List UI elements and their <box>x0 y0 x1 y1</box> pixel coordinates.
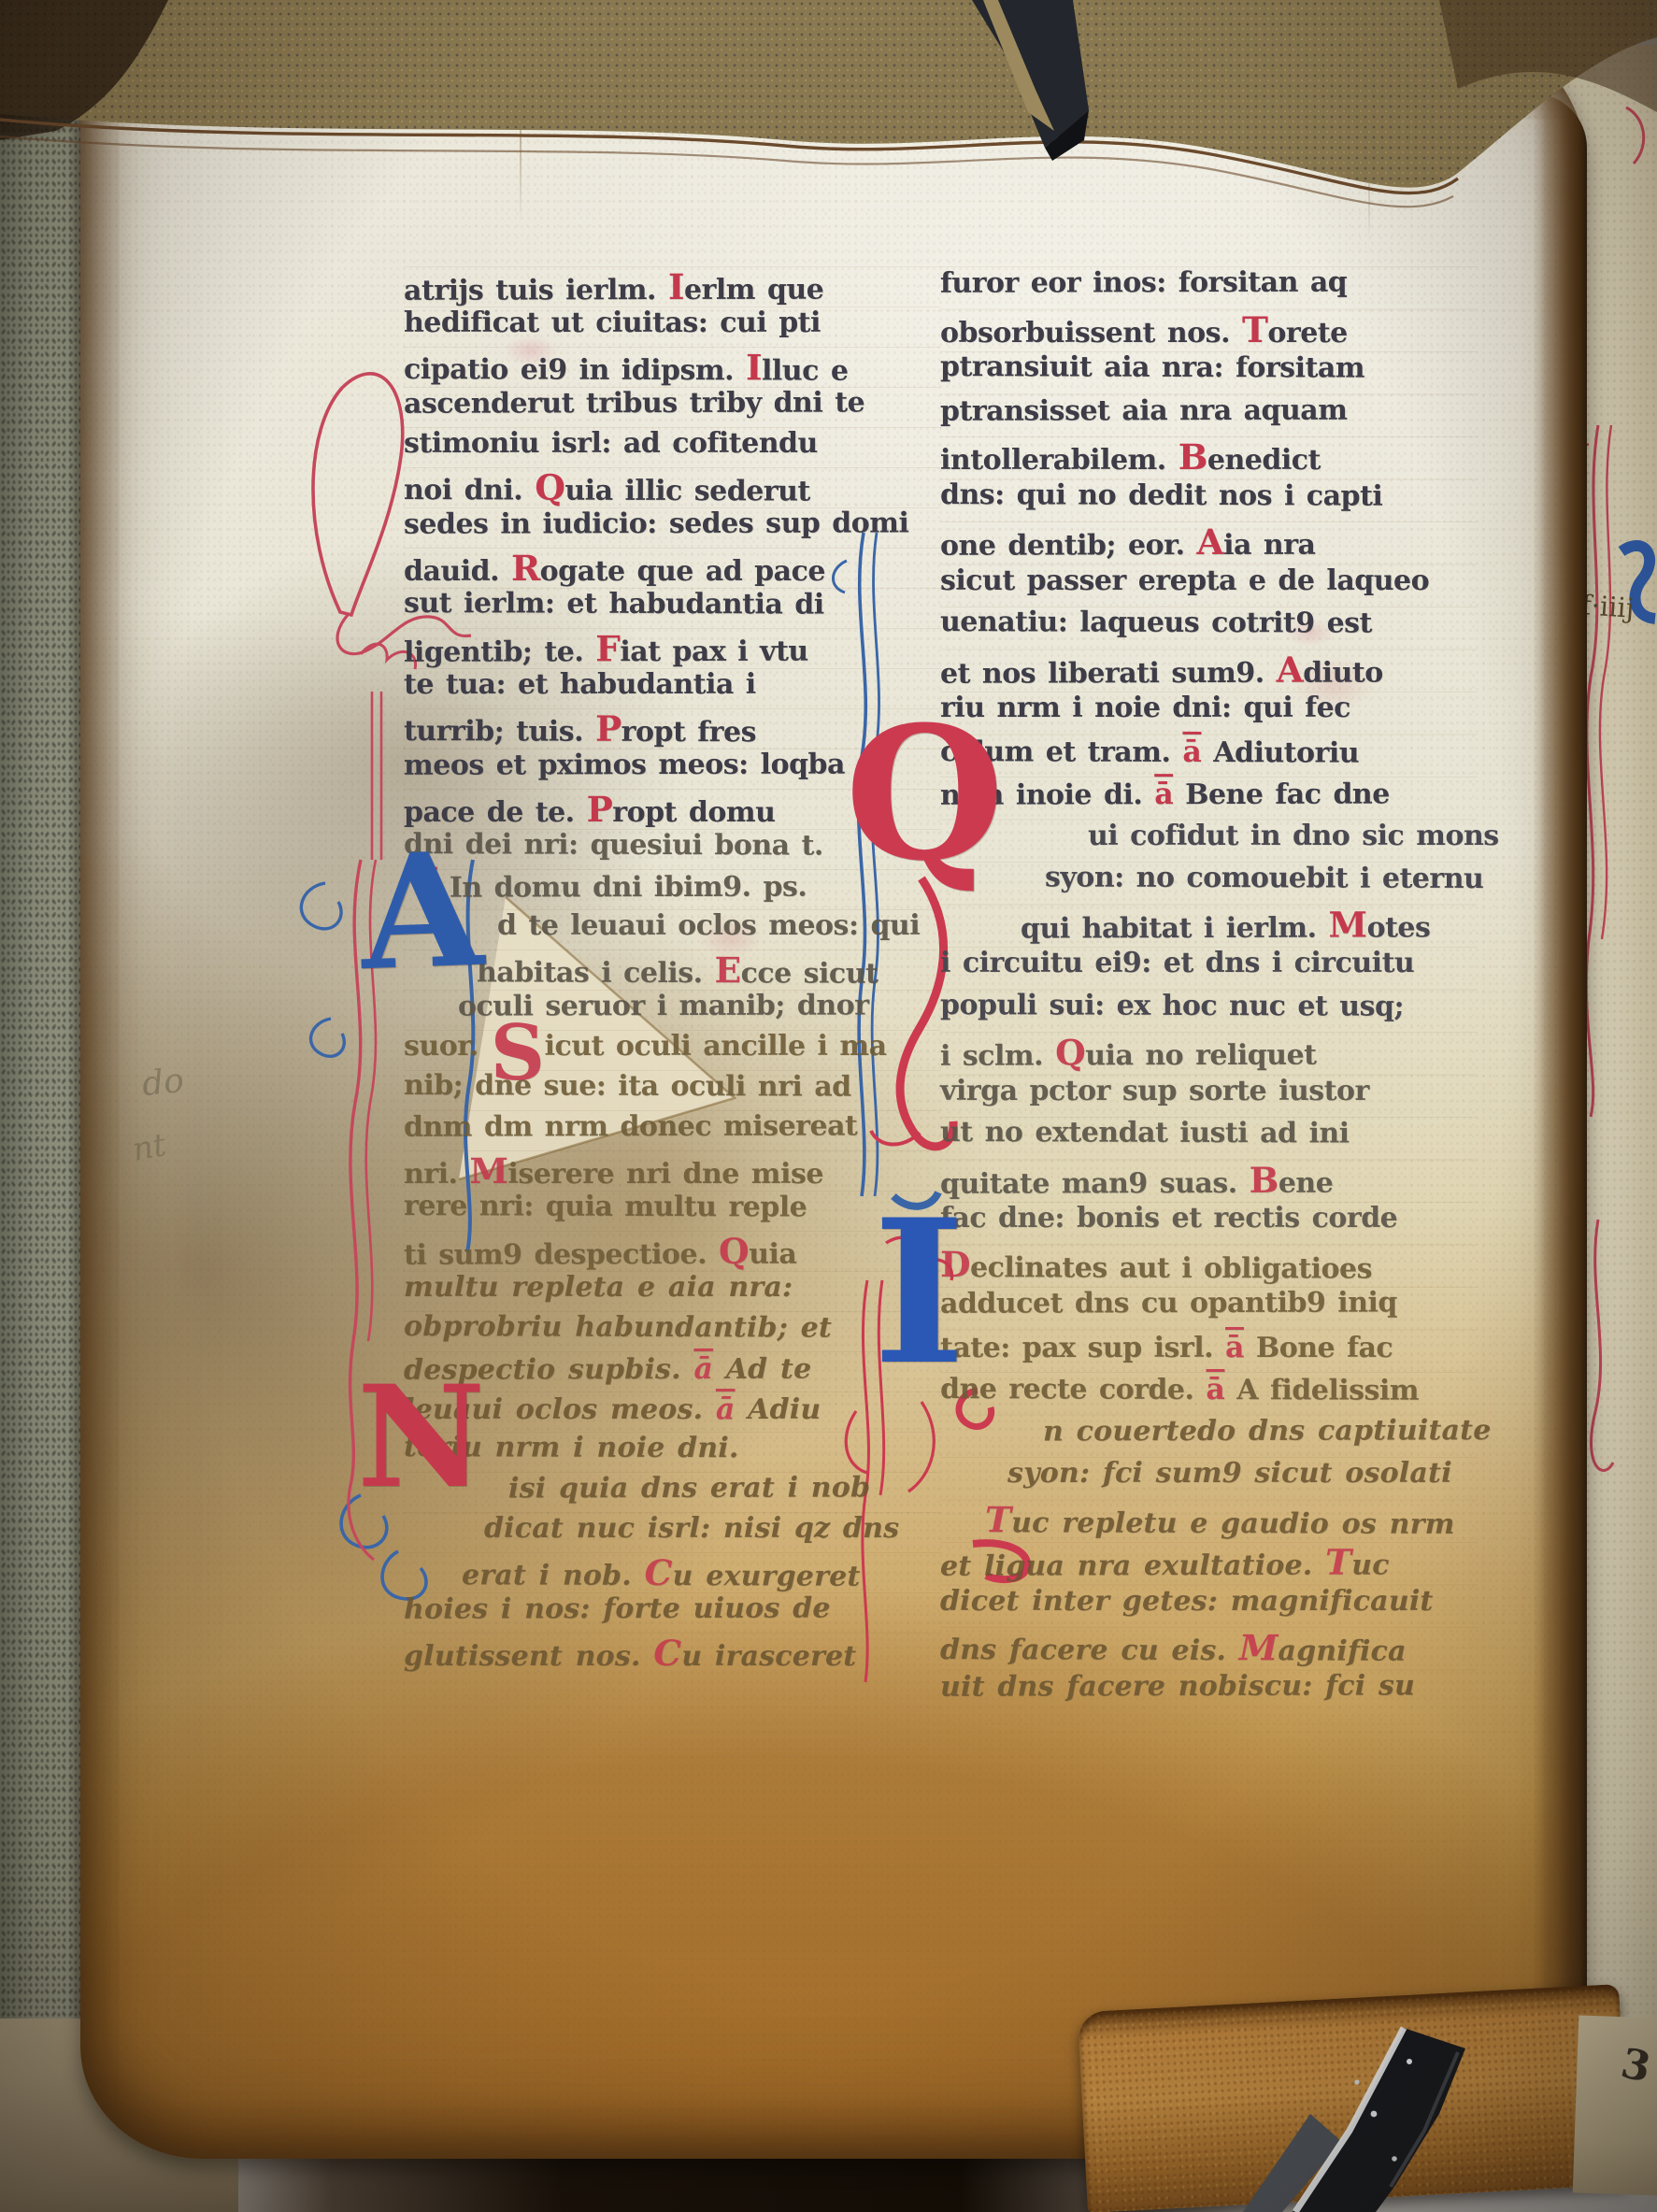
text-segment: sedes in iudicio: sedes sup domi <box>404 507 909 540</box>
text-line: quitate man9 suas. Bene <box>940 1159 1478 1203</box>
text-line: virga pctor sup sorte iustor <box>940 1075 1478 1118</box>
text-segment: ui cofidut in dno sic mons <box>1088 820 1499 852</box>
text-segment: ia nra <box>1223 529 1315 562</box>
text-segment: Adiutoriu <box>1201 735 1359 769</box>
text-line: ut no extendat iusti ad ini <box>940 1116 1478 1161</box>
text-segment: n couertedo dns captiuitate <box>1043 1414 1492 1448</box>
text-segment: dnm dm nrm donec misereat <box>404 1109 857 1143</box>
text-segment: hedificat ut ciuitas: cui pti <box>404 307 821 339</box>
text-segment: enedict <box>1207 444 1321 477</box>
text-segment: ptransisset aia nra aquam <box>940 393 1348 427</box>
rubric-letter: E <box>714 949 740 991</box>
text-segment: otes <box>1366 911 1430 944</box>
text-line: fac dne: bonis et rectis corde <box>940 1202 1478 1245</box>
rubric-letter: Q <box>1055 1032 1085 1073</box>
rubric-letter: I <box>746 347 762 388</box>
text-line: i circuitu ei9: et dns i circuitu <box>940 947 1478 990</box>
text-segment: dicet inter getes: magnificauit <box>940 1585 1434 1618</box>
rubric-letter: F <box>595 628 620 669</box>
text-segment: fac dne: bonis et rectis corde <box>940 1202 1397 1234</box>
text-line: rere nri: quia multu reple <box>404 1190 941 1232</box>
text-line: n couertedo dns captiuitate <box>940 1414 1478 1458</box>
text-segment: ropt fres <box>621 716 756 749</box>
text-segment: dns facere cu eis. <box>940 1634 1239 1667</box>
text-line: intollerabilem. Benedict <box>940 436 1478 479</box>
text-segment: atrijs tuis ierlm. <box>404 274 668 307</box>
text-line: qui habitat i ierlm. Motes <box>940 904 1478 948</box>
rubric-letter: T <box>1242 309 1267 350</box>
text-segment: i circuitu ei9: et dns i circuitu <box>940 947 1414 979</box>
text-line: Tuc repletu e gaudio os nrm <box>940 1498 1478 1543</box>
text-line: ti sum9 despectioe. Quia <box>404 1230 941 1272</box>
text-line: i sclm. Quia no reliquet <box>940 1031 1478 1075</box>
rubric-letter: R <box>511 548 540 589</box>
rubric-letter: P <box>595 708 621 749</box>
rubric-letter: T <box>985 1499 1011 1540</box>
text-segment: te tua: et habudantia i <box>404 668 756 701</box>
rubric-letter: C <box>644 1552 672 1593</box>
text-line: furor eor inos: forsitan aq <box>940 265 1478 309</box>
text-segment: habitas i celis. <box>477 956 715 990</box>
text-segment: uit dns facere nobiscu: fci su <box>940 1669 1415 1703</box>
text-segment: turrib; tuis. <box>404 715 595 749</box>
text-line: cipatio ei9 in idipsm. Illuc e <box>404 346 941 388</box>
text-segment: ptransiuit aia nra: forsitam <box>940 350 1364 385</box>
text-segment: meos et pximos meos: loqba <box>404 749 845 782</box>
text-segment: iserere nri dne mise <box>507 1158 823 1191</box>
text-segment: u irasceret <box>681 1640 856 1673</box>
rubric-letter: I <box>668 266 684 307</box>
rubric-letter: M <box>469 1150 507 1192</box>
text-line: et nos liberati sum9. Adiuto <box>940 649 1478 692</box>
text-segment: nib; dne sue: ita oculi nri ad <box>404 1069 851 1104</box>
text-segment: suor. <box>404 1030 491 1063</box>
text-line: populi sui: ex hoc nuc et usq; <box>940 988 1478 1033</box>
text-line: one dentib; eor. Aia nra <box>940 521 1478 564</box>
text-line: dicet inter getes: magnificauit <box>940 1585 1478 1628</box>
text-line: ptransiuit aia nra: forsitam <box>940 350 1478 395</box>
rubric-letter: C <box>653 1633 681 1674</box>
text-segment: In domu dni ibim9. ps. <box>437 871 807 905</box>
text-line: multu repleta e aia nra: <box>404 1271 941 1311</box>
text-segment: noi dni. <box>404 474 535 507</box>
text-segment: et ligua nra exultatioe. <box>940 1549 1325 1583</box>
marginal-scribble: nt <box>130 1126 169 1169</box>
text-segment: iat pax i vtu <box>620 635 807 669</box>
text-segment: sut ierlm: et habudantia di <box>404 587 824 621</box>
text-segment: dicat nuc isrl: nisi qz dns <box>484 1512 899 1545</box>
page-leaf: atrijs tuis ierlm. Ierlm quehedificat ut… <box>80 37 1587 2159</box>
text-segment: virga pctor sup sorte iustor <box>940 1075 1369 1107</box>
text-segment: sicut passer erepta e de laqueo <box>940 564 1429 597</box>
text-line: dns facere cu eis. Magnifica <box>940 1626 1478 1671</box>
text-line: et ligua nra exultatioe. Tuc <box>940 1541 1478 1585</box>
text-segment: quitate man9 suas. <box>940 1166 1250 1200</box>
text-line: Declinates aut i obligatioes <box>940 1243 1478 1288</box>
text-line: celum et tram. ā Adiutoriu <box>940 733 1478 778</box>
text-line: suor. Sicut oculi ancille i ma <box>404 1030 941 1070</box>
background-gap <box>1624 0 1657 45</box>
text-segment: cipatio ei9 in idipsm. <box>404 353 746 387</box>
text-line: riu nrm i noie dni: qui fec <box>940 692 1478 735</box>
text-segment: agnifica <box>1278 1634 1406 1667</box>
text-line: dns: qui no dedit nos i capti <box>940 478 1478 522</box>
text-segment: ene <box>1278 1166 1334 1199</box>
text-line: dne recte corde. ā A fidelissim <box>940 1371 1478 1416</box>
text-segment: lluc e <box>762 354 849 387</box>
rubric-letter: A <box>1277 649 1304 690</box>
text-line: stimoniu isrl: ad cofitendu <box>404 427 941 467</box>
text-line: glutissent nos. Cu irasceret <box>404 1633 941 1673</box>
quire-signature: f·iiij <box>1580 589 1636 624</box>
rubric-letter: A <box>1196 521 1223 563</box>
text-line: dauid. Rogate que ad pace <box>404 548 941 588</box>
text-line: hoies i nos: forte uiuos de <box>404 1591 941 1634</box>
text-segment: uia <box>749 1238 796 1271</box>
text-segment: erat i nob. <box>462 1559 645 1592</box>
text-segment: ligentib; te. <box>404 635 595 669</box>
text-segment: ut no extendat iusti ad ini <box>940 1116 1350 1150</box>
text-segment: u exurgeret <box>673 1560 861 1593</box>
text-segment: dne recte corde. <box>940 1373 1207 1406</box>
text-line: ptransisset aia nra aquam <box>940 393 1478 437</box>
text-segment: ti sum9 despectioe. <box>404 1238 719 1272</box>
text-segment: hoies i nos: forte uiuos de <box>404 1592 831 1626</box>
text-segment: icut oculi ancille i ma <box>545 1030 887 1063</box>
text-segment: Adiu <box>735 1393 821 1426</box>
initial-Q-red: Q <box>845 721 1005 868</box>
text-segment: uenatiu: laqueus cotrit9 est <box>940 606 1372 640</box>
text-line: noi dni. Quia illic sederut <box>404 466 941 508</box>
initial-I-blue: I <box>873 1213 965 1372</box>
text-line: sicut passer erepta e de laqueo <box>940 564 1478 607</box>
text-segment: d te leuaui oclos meos: qui <box>497 909 920 942</box>
rubric-letter: P <box>587 789 613 830</box>
text-segment: orete <box>1267 317 1347 350</box>
text-line: nib; dne sue: ita oculi nri ad <box>404 1069 941 1111</box>
text-segment: intollerabilem. <box>940 444 1178 477</box>
marginal-scribble: do <box>140 1062 186 1104</box>
text-segment: eclinates aut i obligatioes <box>970 1251 1372 1286</box>
text-line: erat i nob. Cu exurgeret <box>404 1551 941 1593</box>
leather-cover-corner <box>1078 1984 1629 2212</box>
text-line: ui cofidut in dno sic mons <box>940 820 1478 863</box>
rubric-letter: ā <box>716 1391 736 1426</box>
text-segment: isi quia dns erat i nob <box>508 1471 870 1505</box>
initial-A-blue: A <box>359 847 485 977</box>
rubric-letter: M <box>1239 1627 1278 1668</box>
text-segment: syon: no comouebit i eternu <box>1045 861 1483 895</box>
text-line: syon: fci sum9 sicut osolati <box>940 1457 1478 1500</box>
text-line: syon: no comouebit i eternu <box>940 861 1478 906</box>
rubric-letter: ā <box>1225 1330 1244 1364</box>
text-line: uit dns facere nobiscu: fci su <box>940 1669 1478 1713</box>
text-segment: cce sicut <box>741 957 878 991</box>
text-line: nrm inoie di. ā Bene fac dne <box>940 776 1478 820</box>
text-segment: Bene fac dne <box>1173 778 1390 811</box>
rubric-letter: ā <box>1154 777 1173 811</box>
text-line: hedificat ut ciuitas: cui pti <box>404 307 941 347</box>
text-segment: stimoniu isrl: ad cofitendu <box>404 427 818 460</box>
text-segment: A fidelissim <box>1224 1374 1419 1407</box>
text-segment: multu repleta e aia nra: <box>404 1271 793 1304</box>
text-line: d te leuaui oclos meos: qui <box>404 909 941 949</box>
rubric-letter: B <box>1178 436 1207 478</box>
text-segment: ogate que ad pace <box>540 555 825 588</box>
text-segment: glutissent nos. <box>404 1640 653 1673</box>
text-segment: rere nri: quia multu reple <box>404 1190 807 1224</box>
text-segment: nri. <box>404 1158 469 1191</box>
text-segment: syon: fci sum9 sicut osolati <box>1007 1457 1452 1490</box>
text-segment: Bone fac <box>1244 1332 1393 1364</box>
text-segment: ascenderut tribus triby dni te <box>404 386 864 420</box>
rubric-letter: Q <box>535 466 564 507</box>
rubric-letter: T <box>1325 1542 1351 1583</box>
initial-N-red: N <box>357 1381 485 1493</box>
manuscript-photo: f·iiij <box>0 0 1657 2212</box>
text-line: uenatiu: laqueus cotrit9 est <box>940 606 1478 650</box>
text-line: atrijs tuis ierlm. Ierlm que <box>404 265 941 307</box>
text-segment: uia illic sederut <box>564 475 810 508</box>
text-segment: adducet dns cu opantib9 iniq <box>940 1286 1397 1320</box>
text-line: sut ierlm: et habudantia di <box>404 587 941 629</box>
text-line: dnm dm nrm donec misereat <box>404 1109 941 1151</box>
rubric-letter: ā <box>1206 1372 1224 1406</box>
text-segment: dauid. <box>404 555 511 588</box>
text-line: tate: pax sup isrl. ā Bone fac <box>940 1330 1478 1373</box>
text-segment: qui habitat i ierlm. <box>1021 911 1329 945</box>
text-segment: obsorbuissent nos. <box>940 317 1242 350</box>
text-line: obsorbuissent nos. Torete <box>940 309 1478 352</box>
text-segment: furor eor inos: forsitan aq <box>940 266 1347 300</box>
parchment-crease <box>1368 56 1370 243</box>
text-line: ascenderut tribus triby dni te <box>404 386 941 428</box>
rubric-letter: B <box>1250 1159 1278 1200</box>
text-line: adducet dns cu opantib9 iniq <box>940 1286 1478 1330</box>
rubric-letter: ā <box>693 1351 713 1386</box>
rubric-letter: ā <box>1182 734 1201 768</box>
text-segment: et nos liberati sum9. <box>940 656 1277 690</box>
text-column-right: furor eor inos: forsitan aqobsorbuissent… <box>940 266 1478 1712</box>
text-segment: populi sui: ex hoc nuc et usq; <box>940 988 1404 1022</box>
text-segment: Ad te <box>713 1353 811 1386</box>
text-segment: erlm que <box>684 274 823 307</box>
text-segment: i sclm. <box>940 1039 1055 1072</box>
text-line: sedes in iudicio: sedes sup domi <box>404 507 941 549</box>
text-segment: one dentib; eor. <box>940 529 1197 563</box>
text-segment: dns: qui no dedit nos i capti <box>940 478 1382 512</box>
text-segment: uc repletu e gaudio os nrm <box>1011 1506 1455 1541</box>
parchment-crease <box>520 51 521 224</box>
text-segment: obprobriu habundantib; et <box>404 1310 832 1345</box>
page-fore-edge-shadow <box>1533 93 1587 2112</box>
text-segment: uc <box>1351 1548 1390 1581</box>
text-line: nri. Miserere nri dne mise <box>404 1150 941 1191</box>
rubric-letter: M <box>1328 904 1366 945</box>
text-line: obprobriu habundantib; et <box>404 1310 941 1352</box>
text-segment: diuto <box>1303 656 1383 689</box>
text-segment: uia no reliquet <box>1085 1039 1316 1073</box>
text-segment: tate: pax sup isrl. <box>940 1332 1225 1364</box>
rubric-letter: Q <box>719 1231 749 1272</box>
text-line: ligentib; te. Fiat pax i vtu <box>404 627 941 669</box>
text-segment: ropt domu <box>612 796 775 829</box>
